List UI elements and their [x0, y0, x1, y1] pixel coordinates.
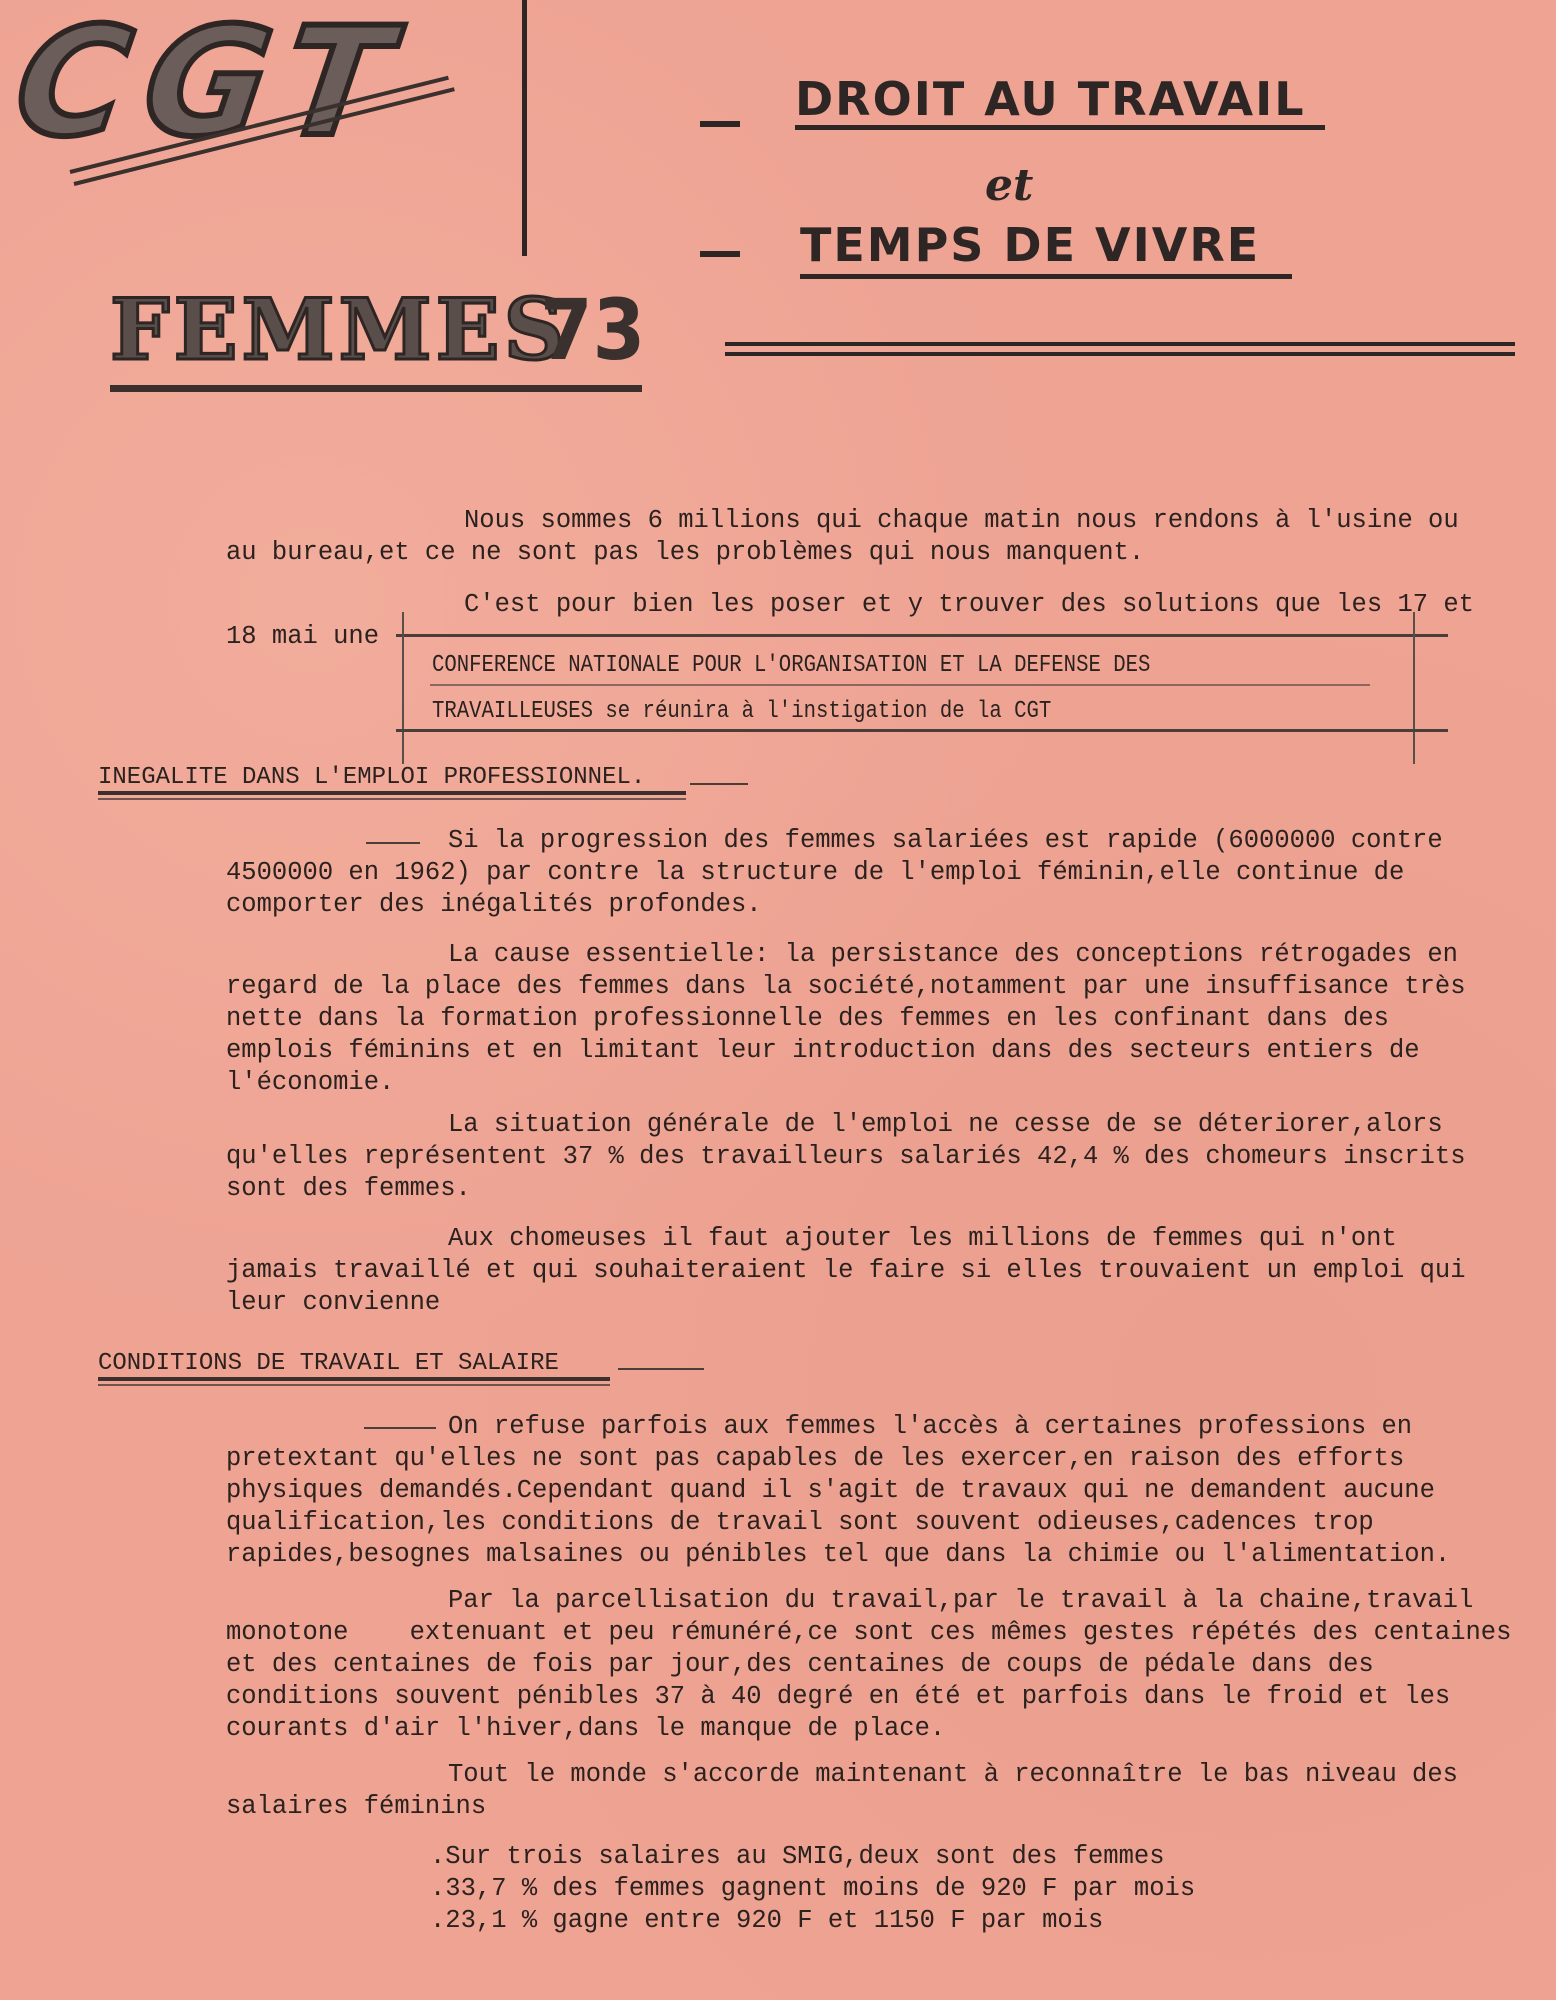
body-text: qualification,les conditions de travail … [226, 1510, 1374, 1536]
conference-text: TRAVAILLEUSES se réunira à l'instigation… [432, 698, 1051, 725]
body-text: Par la parcellisation du travail,par le … [448, 1588, 1473, 1614]
box-border [402, 612, 404, 764]
dash-leader [618, 1368, 704, 1370]
body-text: conditions souvent pénibles 37 à 40 degr… [226, 1684, 1450, 1710]
body-text: La situation générale de l'emploi ne ces… [448, 1112, 1443, 1138]
bullet-item: .23,1 % gagne entre 920 F et 1150 F par … [430, 1908, 1103, 1934]
box-border [396, 634, 1448, 637]
body-text: On refuse parfois aux femmes l'accès à c… [448, 1414, 1412, 1440]
body-text: qu'elles représentent 37 % des travaille… [226, 1144, 1466, 1170]
section-heading-conditions: CONDITIONS DE TRAVAIL ET SALAIRE [98, 1350, 559, 1377]
dash-leader [690, 783, 748, 785]
body-text: jamais travaillé et qui souhaiteraient l… [226, 1258, 1466, 1284]
body-text: Si la progression des femmes salariées e… [448, 828, 1443, 854]
body-text: salaires féminins [226, 1794, 486, 1820]
body-text: C'est pour bien les poser et y trouver d… [464, 592, 1474, 618]
body-text: Tout le monde s'accorde maintenant à rec… [448, 1762, 1458, 1788]
bullet-item: .Sur trois salaires au SMIG,deux sont de… [430, 1844, 1165, 1870]
publication-year: 73 [540, 288, 645, 372]
heading-underline [98, 798, 686, 800]
body-text: pretextant qu'elles ne sont pas capables… [226, 1446, 1404, 1472]
body-text: sont des femmes. [226, 1176, 471, 1202]
body-text: l'économie. [226, 1070, 394, 1096]
slogan-connector: et [985, 160, 1033, 211]
body-text: rapides,besognes malsaines ou pénibles t… [226, 1542, 1450, 1568]
box-border [396, 729, 1448, 732]
section-heading-inegalite: INEGALITE DANS L'EMPLOI PROFESSIONNEL. [98, 764, 645, 791]
body-text: et des centaines de fois par jour,des ce… [226, 1652, 1374, 1678]
body-text: emplois féminins et en limitant leur int… [226, 1038, 1420, 1064]
body-text: regard de la place des femmes dans la so… [226, 974, 1466, 1000]
body-text: Aux chomeuses il faut ajouter les millio… [448, 1226, 1397, 1252]
slogan-line-1: DROIT AU TRAVAIL [795, 76, 1306, 122]
heading-underline [98, 791, 686, 795]
bullet-item: .33,7 % des femmes gagnent moins de 920 … [430, 1876, 1195, 1902]
dash-bullet [700, 251, 740, 257]
body-text: Nous sommes 6 millions qui chaque matin … [464, 508, 1459, 534]
body-text: nette dans la formation professionnelle … [226, 1006, 1389, 1032]
dash-leader [366, 842, 420, 844]
publication-title: FEMMES [110, 288, 568, 372]
body-text: 18 mai une [226, 624, 379, 650]
double-rule [725, 342, 1515, 346]
dash-leader [364, 1427, 436, 1429]
slogan-underline [800, 274, 1292, 279]
heading-underline [98, 1377, 610, 1381]
double-rule [725, 352, 1515, 356]
body-text: au bureau,et ce ne sont pas les problème… [226, 540, 1144, 566]
body-text: La cause essentielle: la persistance des… [448, 942, 1458, 968]
box-border [1413, 612, 1415, 764]
body-text: physiques demandés.Cependant quand il s'… [226, 1478, 1435, 1504]
body-text: monotone extenuant et peu rémunéré,ce so… [226, 1620, 1511, 1646]
heading-underline [98, 1384, 610, 1386]
box-underline [430, 684, 1370, 686]
body-text: 4500000 en 1962) par contre la structure… [226, 860, 1404, 886]
slogan-underline [795, 125, 1325, 130]
body-text: courants d'air l'hiver,dans le manque de… [226, 1716, 945, 1742]
body-text: comporter des inégalités profondes. [226, 892, 762, 918]
dash-bullet [700, 121, 740, 127]
slogan-line-2: TEMPS DE VIVRE [800, 222, 1260, 268]
body-text: leur convienne [226, 1290, 440, 1316]
title-underline [110, 385, 642, 392]
masthead-divider [522, 0, 527, 256]
conference-title: CONFERENCE NATIONALE POUR L'ORGANISATION… [432, 652, 1150, 679]
